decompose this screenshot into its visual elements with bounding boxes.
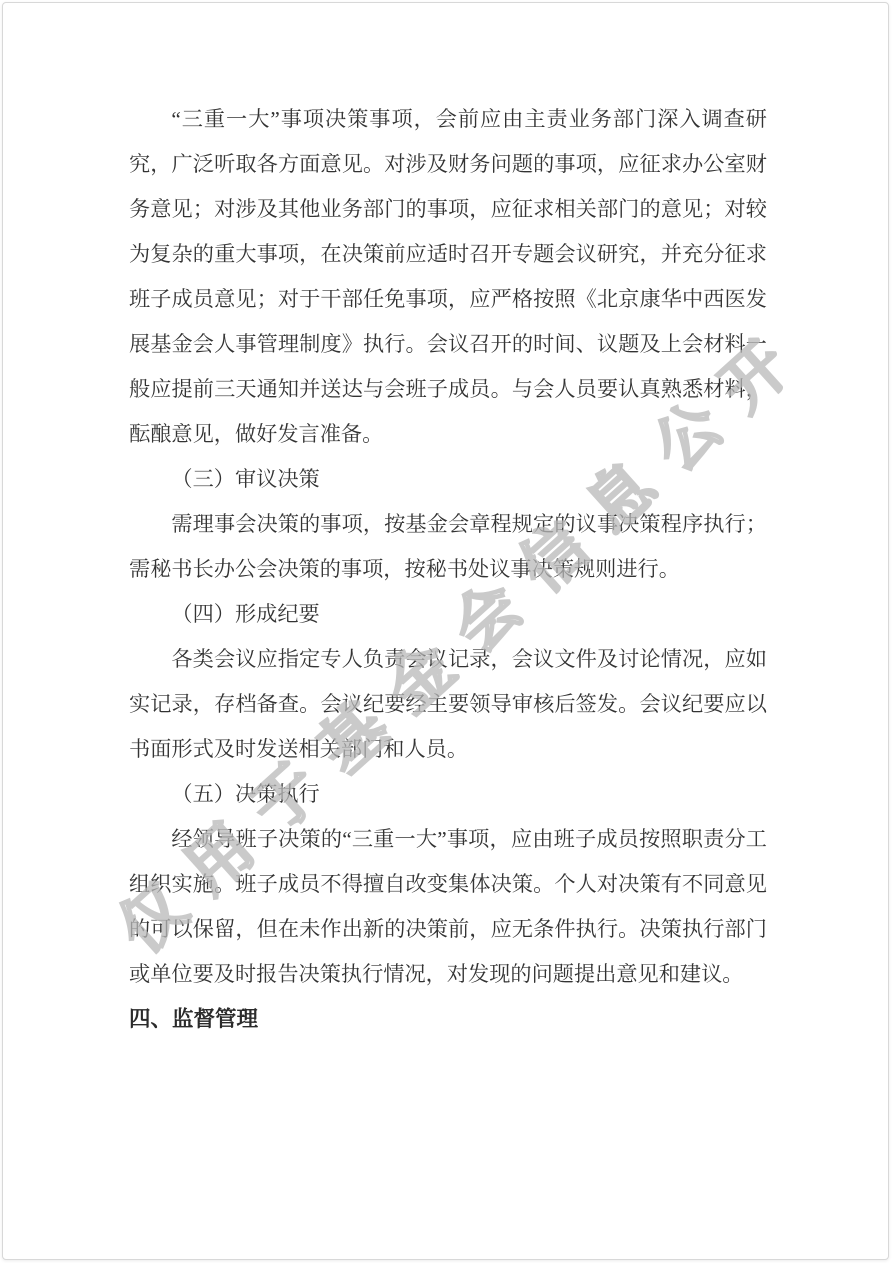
section-subheading: （四）形成纪要 [129,592,767,637]
document-content: “三重一大”事项决策事项，会前应由主责业务部门深入调查研究，广泛听取各方面意见。… [129,97,767,1042]
paragraph: 需理事会决策的事项，按基金会章程规定的议事决策程序执行；需秘书长办公会决策的事项… [129,502,767,592]
paragraph: 经领导班子决策的“三重一大”事项，应由班子成员按照职责分工组织实施。班子成员不得… [129,817,767,997]
paragraph: 各类会议应指定专人负责会议记录，会议文件及讨论情况，应如实记录，存档备查。会议纪… [129,637,767,772]
paragraph: “三重一大”事项决策事项，会前应由主责业务部门深入调查研究，广泛听取各方面意见。… [129,97,767,457]
section-subheading: （三）审议决策 [129,457,767,502]
section-subheading: （五）决策执行 [129,772,767,817]
section-heading: 四、监督管理 [129,997,767,1042]
document-page: “三重一大”事项决策事项，会前应由主责业务部门深入调查研究，广泛听取各方面意见。… [2,2,889,1260]
